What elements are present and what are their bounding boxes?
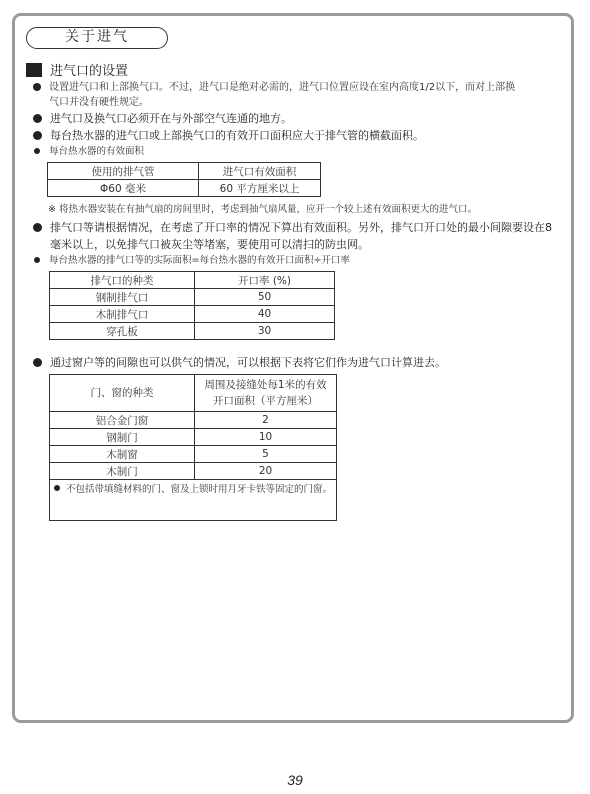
table-cell: 木制门	[50, 463, 195, 480]
table-row: 木制门 20	[50, 463, 337, 480]
bullet-list-3: 通过窗户等的间隙也可以供气的情况，可以根据下表将它们作为进气口计算进去。	[33, 354, 553, 371]
table-header: 进气口有效面积	[199, 163, 321, 180]
table-cell: 钢制门	[50, 429, 195, 446]
bullet-icon	[54, 485, 60, 491]
bullet-icon	[33, 223, 42, 232]
bullet-icon	[33, 131, 42, 140]
list-item: 设置进气口和上部换气口。不过，进气口是绝对必需的，进气口位置应设在室内高度1/2…	[33, 80, 523, 110]
table-cell: 穿孔板	[50, 323, 195, 340]
table-cell: 30	[195, 323, 335, 340]
bullet-icon	[33, 358, 42, 367]
list-item: 通过窗户等的间隙也可以供气的情况，可以根据下表将它们作为进气口计算进去。	[33, 354, 553, 371]
list-item: 每台热水器的排气口等的实际面积=每台热水器的有效开口面积÷开口率	[33, 253, 553, 268]
list-item-text: 排气口等请根据情况，在考虑了开口率的情况下算出有效面积。另外，排气口开口处的最小…	[50, 219, 553, 253]
list-item: 排气口等请根据情况，在考虑了开口率的情况下算出有效面积。另外，排气口开口处的最小…	[33, 219, 553, 253]
table-header: 开口率 (%)	[195, 272, 335, 289]
table-header: 使用的排气管	[48, 163, 199, 180]
list-item-text: 每台热水器的进气口或上部换气口的有效开口面积应大于排气管的横截面积。	[50, 127, 424, 144]
table-row: 木制排气口 40	[50, 306, 335, 323]
table-row: Φ60 毫米 60 平方厘米以上	[48, 180, 321, 197]
table-cell: Φ60 毫米	[48, 180, 199, 197]
list-item: 进气口及换气口必须开在与外部空气连通的地方。	[33, 110, 523, 127]
page-number: 39	[0, 772, 590, 788]
table1-caption: 每台热水器的有效面积	[49, 144, 144, 159]
bullet-icon	[34, 148, 40, 154]
table-row: 铝合金门窗 2	[50, 412, 337, 429]
bullet-icon	[34, 257, 40, 263]
section-heading-text: 进气口的设置	[50, 60, 128, 79]
page-title: 关于进气	[26, 27, 168, 49]
bullet-list: 设置进气口和上部换气口。不过，进气口是绝对必需的，进气口位置应设在室内高度1/2…	[33, 80, 523, 159]
table-cell: 钢制排气口	[50, 289, 195, 306]
bullet-icon	[33, 114, 42, 123]
table-row: 穿孔板 30	[50, 323, 335, 340]
bullet-list-2: 排气口等请根据情况，在考虑了开口率的情况下算出有效面积。另外，排气口开口处的最小…	[33, 219, 553, 268]
table-cell: 5	[195, 446, 337, 463]
table3-note-text: 不包括带填缝材料的门、窗及上锁时用月牙卡铁等固定的门窗。	[66, 484, 332, 495]
square-bullet-icon	[26, 63, 42, 77]
table-cell: 木制排气口	[50, 306, 195, 323]
table3-note: 不包括带填缝材料的门、窗及上锁时用月牙卡铁等固定的门窗。	[50, 480, 337, 521]
table-cell: 50	[195, 289, 335, 306]
table-row: 钢制排气口 50	[50, 289, 335, 306]
bullet-icon	[33, 83, 41, 91]
table1-note: ※ 将热水器安装在有抽气扇的房间里时，考虑到抽气扇风量，应开一个较上述有效面积更…	[48, 202, 558, 217]
list-item-text: 进气口及换气口必须开在与外部空气连通的地方。	[50, 110, 292, 127]
list-item-text: 设置进气口和上部换气口。不过，进气口是绝对必需的，进气口位置应设在室内高度1/2…	[49, 80, 523, 110]
table-header: 排气口的种类	[50, 272, 195, 289]
door-window-table: 门、窗的种类 周围及接缝处每1米的有效开口面积（平方厘米） 铝合金门窗 2 钢制…	[49, 374, 337, 521]
section-heading: 进气口的设置	[26, 60, 128, 79]
table-cell: 2	[195, 412, 337, 429]
table-cell: 20	[195, 463, 337, 480]
exhaust-pipe-table: 使用的排气管 进气口有效面积 Φ60 毫米 60 平方厘米以上	[47, 162, 321, 197]
table-cell: 铝合金门窗	[50, 412, 195, 429]
table-cell: 40	[195, 306, 335, 323]
table2-caption: 每台热水器的排气口等的实际面积=每台热水器的有效开口面积÷开口率	[49, 253, 350, 268]
table-cell: 60 平方厘米以上	[199, 180, 321, 197]
table-cell: 木制窗	[50, 446, 195, 463]
table-row: 钢制门 10	[50, 429, 337, 446]
table-header: 门、窗的种类	[50, 375, 195, 412]
opening-rate-table: 排气口的种类 开口率 (%) 钢制排气口 50 木制排气口 40 穿孔板 30	[49, 271, 335, 340]
table-header: 周围及接缝处每1米的有效开口面积（平方厘米）	[195, 375, 337, 412]
list-item-text: 通过窗户等的间隙也可以供气的情况，可以根据下表将它们作为进气口计算进去。	[50, 354, 446, 371]
table-cell: 10	[195, 429, 337, 446]
list-item: 每台热水器的进气口或上部换气口的有效开口面积应大于排气管的横截面积。	[33, 127, 523, 144]
list-item: 每台热水器的有效面积	[33, 144, 523, 159]
table-row: 木制窗 5	[50, 446, 337, 463]
